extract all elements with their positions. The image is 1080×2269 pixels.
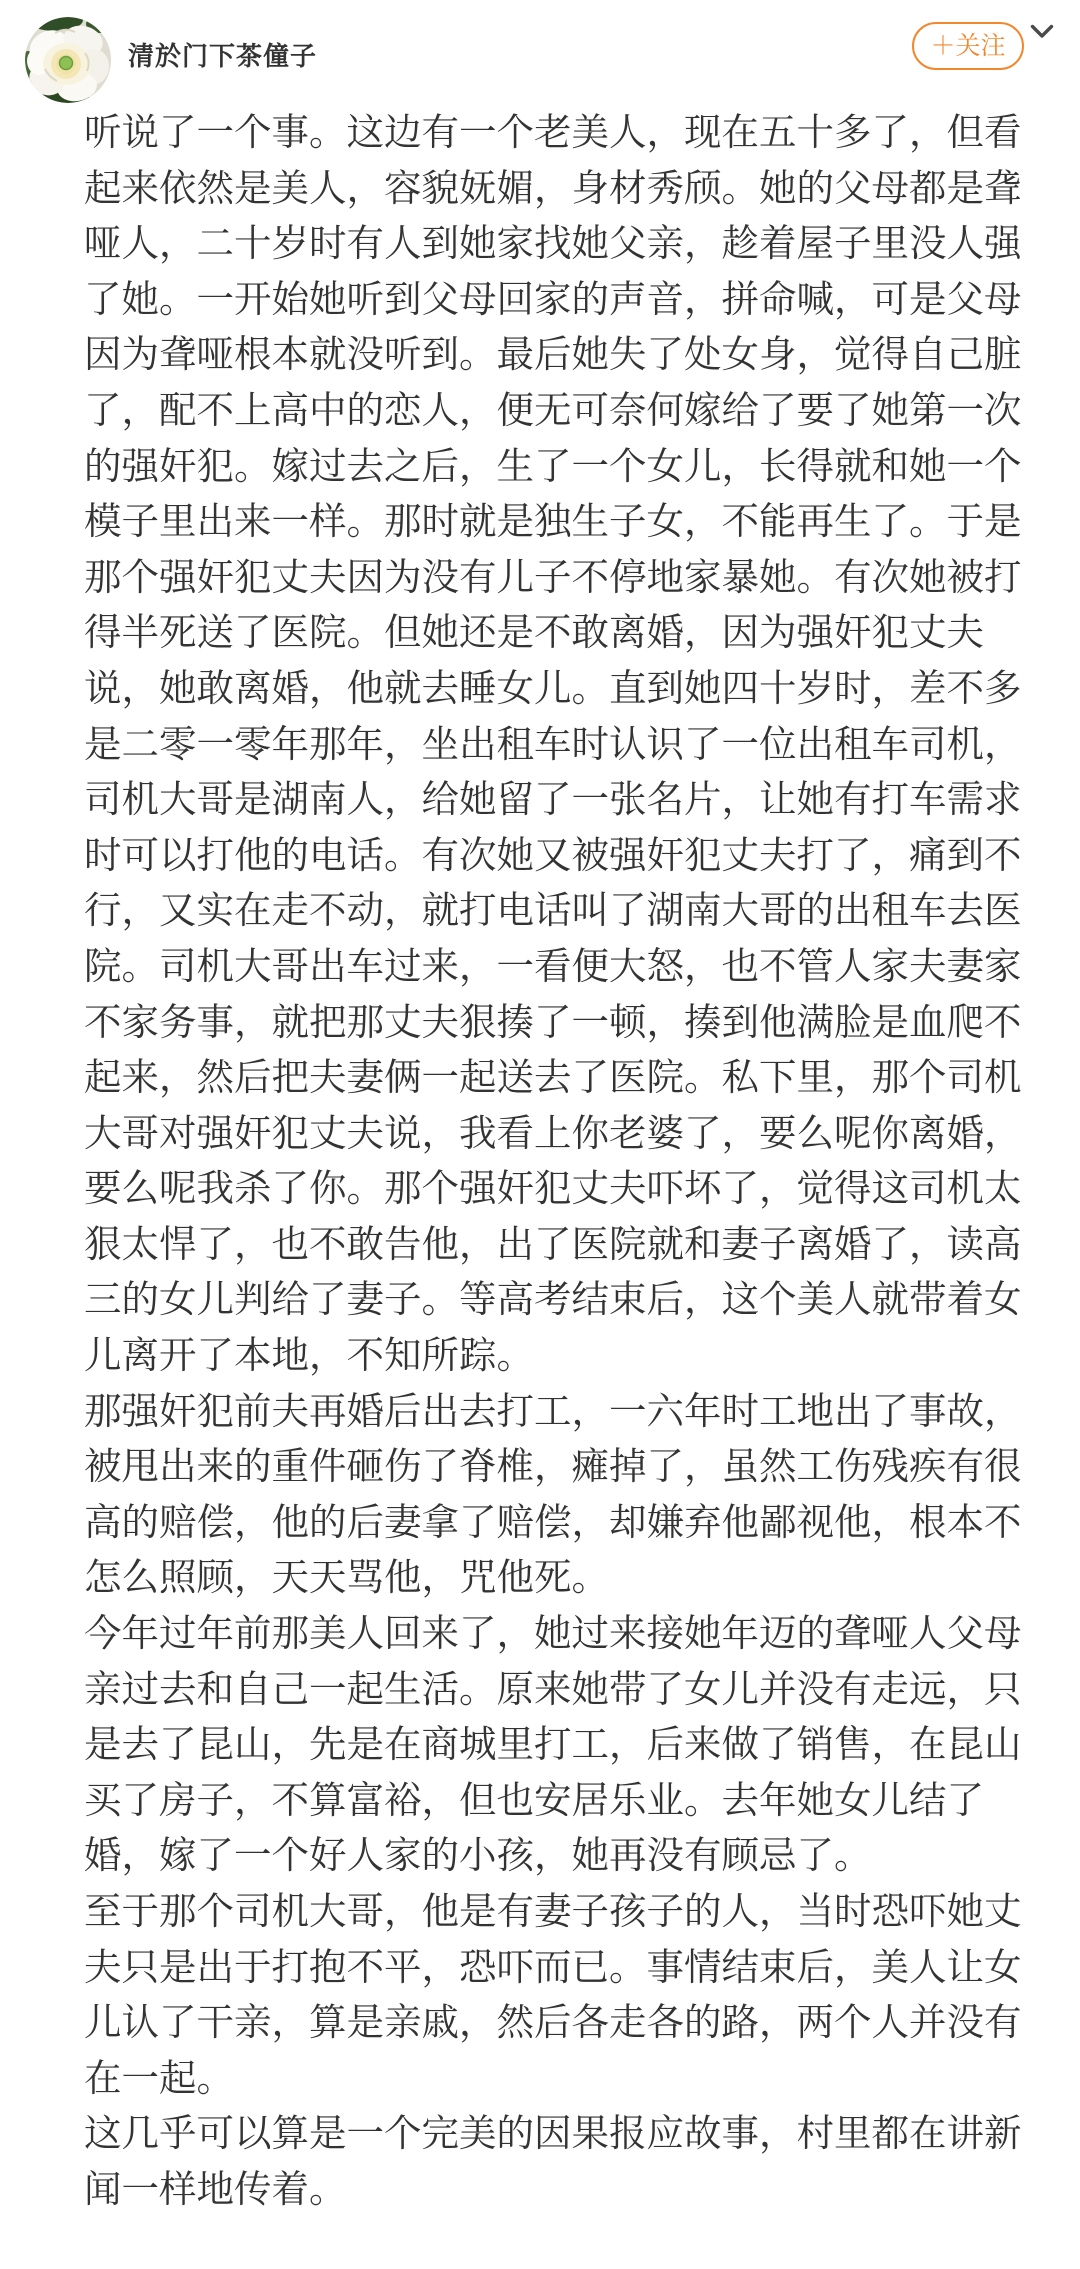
post-line: 的强奸犯。嫁过去之后，生了一个女儿，长得就和她一个: [84, 439, 1030, 495]
post-line: 怎么照顾，天天骂他，咒他死。: [84, 1550, 1030, 1606]
post-line: 今年过年前那美人回来了，她过来接她年迈的聋哑人父母: [84, 1606, 1030, 1662]
post-paragraph: 听说了一个事。这边有一个老美人，现在五十多了，但看起来依然是美人，容貌妩媚，身材…: [84, 105, 1030, 1384]
post-paragraph: 今年过年前那美人回来了，她过来接她年迈的聋哑人父母亲过去和自己一起生活。原来她带…: [84, 1606, 1030, 1884]
white-flower-avatar-icon: [25, 17, 111, 103]
post-line: 亲过去和自己一起生活。原来她带了女儿并没有走远，只: [84, 1662, 1030, 1718]
post-line: 婚，嫁了一个好人家的小孩，她再没有顾忌了。: [84, 1828, 1030, 1884]
avatar[interactable]: [25, 17, 111, 103]
post-line: 儿认了干亲，算是亲戚，然后各走各的路，两个人并没有: [84, 1995, 1030, 2051]
post-paragraph: 那强奸犯前夫再婚后出去打工，一六年时工地出了事故，被甩出来的重件砸伤了脊椎，瘫掉…: [84, 1384, 1030, 1606]
post-line: 行，又实在走不动，就打电话叫了湖南大哥的出租车去医: [84, 883, 1030, 939]
post-line: 是二零一零年那年，坐出租车时认识了一位出租车司机，: [84, 717, 1030, 773]
post-line: 买了房子，不算富裕，但也安居乐业。去年她女儿结了: [84, 1773, 1030, 1829]
post-line: 说，她敢离婚，他就去睡女儿。直到她四十岁时，差不多: [84, 661, 1030, 717]
post-line: 哑人，二十岁时有人到她家找她父亲，趁着屋子里没人强: [84, 216, 1030, 272]
chevron-down-icon[interactable]: [1030, 24, 1054, 40]
post-line: 大哥对强奸犯丈夫说，我看上你老婆了，要么呢你离婚，: [84, 1106, 1030, 1162]
post-line: 这几乎可以算是一个完美的因果报应故事，村里都在讲新: [84, 2106, 1030, 2162]
post-line: 因为聋哑根本就没听到。最后她失了处女身，觉得自己脏: [84, 327, 1030, 383]
post-paragraph: 这几乎可以算是一个完美的因果报应故事，村里都在讲新闻一样地传着。: [84, 2106, 1030, 2217]
post-line: 要么呢我杀了你。那个强奸犯丈夫吓坏了，觉得这司机太: [84, 1161, 1030, 1217]
username[interactable]: 清於门下茶僮子: [128, 36, 317, 73]
post-line: 狠太悍了，也不敢告他，出了医院就和妻子离婚了，读高: [84, 1217, 1030, 1273]
follow-button[interactable]: ＋关注: [912, 22, 1024, 70]
post-line: 高的赔偿，他的后妻拿了赔偿，却嫌弃他鄙视他，根本不: [84, 1495, 1030, 1551]
post-line: 得半死送了医院。但她还是不敢离婚，因为强奸犯丈夫: [84, 605, 1030, 661]
post-line: 那强奸犯前夫再婚后出去打工，一六年时工地出了事故，: [84, 1384, 1030, 1440]
post-header: 清於门下茶僮子 ＋关注: [0, 0, 1080, 110]
post-line: 夫只是出于打抱不平，恐吓而已。事情结束后，美人让女: [84, 1940, 1030, 1996]
post-line: 闻一样地传着。: [84, 2162, 1030, 2218]
post-line: 不家务事，就把那丈夫狠揍了一顿，揍到他满脸是血爬不: [84, 995, 1030, 1051]
post-line: 了，配不上高中的恋人，便无可奈何嫁给了要了她第一次: [84, 383, 1030, 439]
post-line: 模子里出来一样。那时就是独生子女，不能再生了。于是: [84, 494, 1030, 550]
post-line: 司机大哥是湖南人，给她留了一张名片，让她有打车需求: [84, 772, 1030, 828]
post-line: 是去了昆山，先是在商城里打工，后来做了销售，在昆山: [84, 1717, 1030, 1773]
post-line: 时可以打他的电话。有次她又被强奸犯丈夫打了，痛到不: [84, 828, 1030, 884]
post-line: 儿离开了本地，不知所踪。: [84, 1328, 1030, 1384]
post-line: 那个强奸犯丈夫因为没有儿子不停地家暴她。有次她被打: [84, 550, 1030, 606]
post-line: 起来依然是美人，容貌妩媚，身材秀颀。她的父母都是聋: [84, 161, 1030, 217]
post-line: 起来，然后把夫妻俩一起送去了医院。私下里，那个司机: [84, 1050, 1030, 1106]
post-line: 在一起。: [84, 2051, 1030, 2107]
post-line: 院。司机大哥出车过来，一看便大怒，也不管人家夫妻家: [84, 939, 1030, 995]
post-line: 了她。一开始她听到父母回家的声音，拼命喊，可是父母: [84, 272, 1030, 328]
post-line: 听说了一个事。这边有一个老美人，现在五十多了，但看: [84, 105, 1030, 161]
post-line: 至于那个司机大哥，他是有妻子孩子的人，当时恐吓她丈: [84, 1884, 1030, 1940]
post-line: 三的女儿判给了妻子。等高考结束后，这个美人就带着女: [84, 1272, 1030, 1328]
post-paragraph: 至于那个司机大哥，他是有妻子孩子的人，当时恐吓她丈夫只是出于打抱不平，恐吓而已。…: [84, 1884, 1030, 2106]
post-line: 被甩出来的重件砸伤了脊椎，瘫掉了，虽然工伤残疾有很: [84, 1439, 1030, 1495]
post-body: 听说了一个事。这边有一个老美人，现在五十多了，但看起来依然是美人，容貌妩媚，身材…: [84, 105, 1030, 2218]
